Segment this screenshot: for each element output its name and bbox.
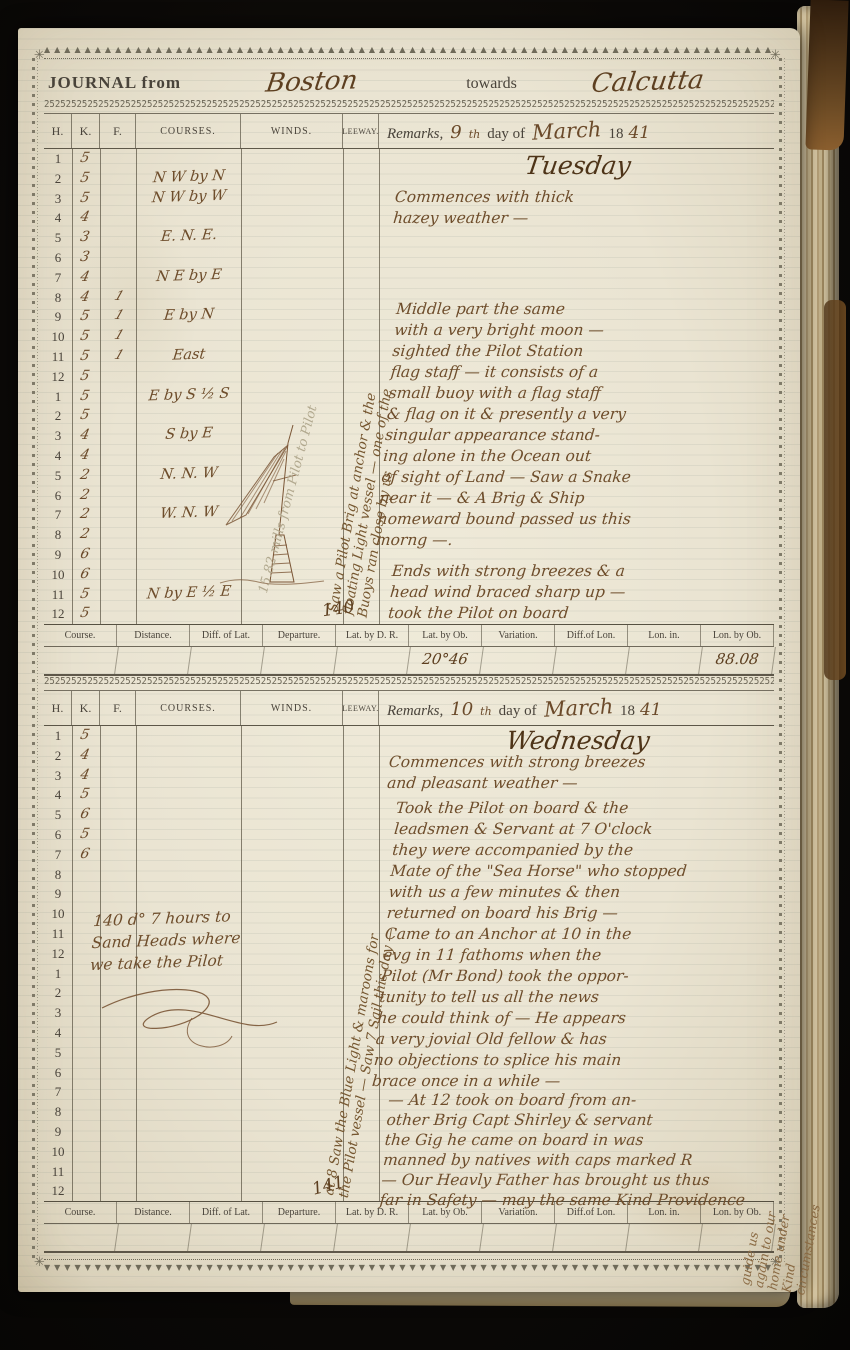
sand-heads-note: 140 d° 7 hours toSand Heads wherewe take… (89, 902, 329, 976)
handwritten-line: with a very bright moon — (393, 320, 787, 341)
col-header-hours: H. (44, 114, 72, 148)
summary-column-header: Diff.of Lon. (555, 625, 628, 646)
summary-value (553, 647, 630, 674)
summary-value (334, 1224, 411, 1251)
daily-summary-table: Course.Distance.Diff. of Lat.Departure.L… (44, 624, 774, 676)
col-header-leeway: LEEWAY. (343, 114, 379, 148)
log-knots-value: 5 (68, 727, 101, 743)
log-course-value: East (137, 345, 241, 365)
summary-value (42, 1224, 119, 1251)
log-hour-number: 4 (44, 1025, 72, 1041)
summary-column-header: Diff. of Lat. (190, 1202, 263, 1223)
handwritten-line: evg in 11 fathoms when the (382, 945, 776, 966)
handwritten-line: with us a few minutes & then (388, 882, 782, 903)
column-rule (136, 149, 137, 624)
handwritten-line: brace once in a while — (371, 1071, 765, 1092)
log-knots-value: 5 (68, 190, 101, 206)
summary-value (334, 647, 411, 674)
summary-column-header: Distance. (117, 625, 190, 646)
log-hour-number: 1 (44, 966, 72, 982)
year-hand-value: 41 (640, 700, 662, 720)
handwritten-line: flag staff — it consists of a (390, 362, 784, 383)
handwritten-line: manned by natives with caps marked R (382, 1150, 776, 1170)
handwritten-line: morng —. (375, 530, 769, 551)
log-hour-number: 9 (44, 1124, 72, 1140)
printed-log-sheet: ▲▲▲▲▲▲▲▲▲▲▲▲▲▲▲▲▲▲▲▲▲▲▲▲▲▲▲▲▲▲▲▲▲▲▲▲▲▲▲▲… (44, 42, 774, 1276)
log-knots-value: 4 (68, 269, 101, 285)
summary-column-header: Course. (44, 1202, 117, 1223)
pen-flourish-sketch (82, 978, 292, 1058)
log-hour-number: 7 (44, 1084, 72, 1100)
log-knots-value: 2 (68, 506, 101, 522)
handwritten-line: Mate of the "Sea Horse" who stopped (390, 861, 784, 882)
log-knots-value: 4 (68, 427, 101, 443)
log-knots-value: 5 (68, 308, 101, 324)
log-hour-number: 5 (44, 1045, 72, 1061)
handwritten-line: Took the Pilot on board & the (395, 798, 789, 819)
col-header-winds: WINDS. (241, 114, 343, 148)
handwritten-line: far in Safety — may the same Kind Provid… (379, 1190, 773, 1210)
log-knots-value: 6 (68, 806, 101, 822)
month-value: March (532, 117, 603, 145)
fringe-border-bottom-icon: ▼▼▼▼▼▼▼▼▼▼▼▼▼▼▼▼▼▼▼▼▼▼▼▼▼▼▼▼▼▼▼▼▼▼▼▼▼▼▼▼… (44, 1259, 774, 1276)
remarks-date-header: Remarks, 10th day of March 1841 (379, 696, 774, 720)
log-table-header: H. K. F. COURSES. WINDS. LEEWAY. Remarks… (44, 113, 774, 149)
handwritten-line: Middle part the same (395, 299, 789, 320)
summary-column-header: Departure. (263, 1202, 336, 1223)
book-cover-corner (805, 0, 848, 151)
remarks-date-header: Remarks, 9th day of March 1841 (379, 119, 774, 143)
log-knots-value: 2 (68, 487, 101, 503)
torn-page-edge (290, 1290, 790, 1307)
handwritten-line: ing alone in the Ocean out (382, 446, 776, 467)
handwritten-line: homeward bound passed us this (377, 509, 771, 530)
col-header-winds: WINDS. (241, 691, 343, 725)
col-header-hours: H. (44, 691, 72, 725)
day-of-label: day of (499, 703, 537, 720)
log-fathoms-value: 1 (99, 289, 138, 304)
col-header-leeway: LEEWAY. (343, 691, 379, 725)
ornamental-border-right (779, 58, 786, 1262)
summary-value (626, 647, 703, 674)
log-course-value: N W by W (137, 187, 241, 207)
remarks-paragraph-2: Took the Pilot on board & theleadsmen & … (371, 798, 789, 1092)
summary-column-header: Lat. by Ob. (409, 625, 482, 646)
destination-port-value: Calcutta (522, 63, 773, 104)
handwritten-line: of sight of Land — Saw a Snake (380, 467, 774, 488)
summary-header-row: Course.Distance.Diff. of Lat.Departure.L… (44, 625, 774, 647)
log-fathoms-value: 1 (99, 348, 138, 363)
log-fathoms-value: 1 (99, 308, 138, 323)
summary-column-header: Course. (44, 625, 117, 646)
log-hour-number: 11 (44, 926, 72, 942)
handwritten-line: — Our Heavly Father has brought us thus (381, 1170, 775, 1190)
handwritten-line: near it — & A Brig & Ship (379, 488, 773, 509)
summary-value: 88.08 (699, 647, 776, 674)
summary-value (699, 1224, 776, 1251)
handwritten-line: a very jovial Old fellow & has (375, 1029, 769, 1050)
log-table-march-9: H. K. F. COURSES. WINDS. LEEWAY. Remarks… (44, 113, 774, 676)
log-hour-number: 8 (44, 867, 72, 883)
year-printed-label: 18 (608, 126, 623, 143)
day-number-value: 10 (450, 699, 473, 720)
handwritten-line: small buoy with a flag staff (388, 383, 782, 404)
log-hour-number: 6 (44, 1065, 72, 1081)
distance-run-total: 140 (321, 597, 356, 621)
log-course-value: E. N. E. (137, 226, 241, 246)
day-of-label: day of (487, 126, 525, 143)
summary-value (42, 647, 119, 674)
weekday-text: Wednesday (380, 726, 776, 755)
col-header-fathoms: F. (100, 114, 136, 148)
col-header-knots: K. (72, 114, 100, 148)
log-hour-number: 10 (44, 1144, 72, 1160)
summary-value (115, 1224, 192, 1251)
handwritten-line: and pleasant weather — (386, 773, 780, 794)
handwritten-line: the Gig he came on board in was (384, 1130, 778, 1150)
handwritten-line: — At 12 took on board from an- (387, 1090, 781, 1110)
log-hour-number: 9 (44, 886, 72, 902)
remarks-paragraph-3: — At 12 took on board from an-other Brig… (379, 1090, 781, 1210)
log-hour-number: 2 (44, 985, 72, 1001)
summary-value (188, 1224, 265, 1251)
summary-value (553, 1224, 630, 1251)
journal-from-label: JOURNAL from (48, 73, 181, 99)
log-knots-value: 4 (68, 289, 101, 305)
handwritten-line: Ends with strong breezes & a (391, 561, 785, 582)
log-table-march-10: H. K. F. COURSES. WINDS. LEEWAY. Remarks… (44, 690, 774, 1253)
log-table-body: 140 d° 7 hours toSand Heads wherewe take… (44, 726, 774, 1201)
log-knots-value: 5 (68, 407, 101, 423)
log-knots-value: 4 (68, 767, 101, 783)
handwritten-line: Commences with thick (394, 187, 788, 208)
weekday-text: Tuesday (380, 151, 776, 180)
remarks-paragraph-1: Commences with strong breezesand pleasan… (386, 752, 782, 794)
summary-value (480, 1224, 557, 1251)
col-header-courses: COURSES. (136, 691, 241, 725)
handwritten-line: hazey weather — (392, 208, 786, 229)
day-number-value: 9 (450, 122, 461, 143)
summary-column-header: Variation. (482, 625, 555, 646)
journal-title-row: JOURNAL from Boston towards Calcutta (44, 59, 774, 99)
weekday-heading: Wednesday (382, 726, 774, 755)
col-header-fathoms: F. (100, 691, 136, 725)
summary-value-row: 20°4688.08 (44, 647, 774, 676)
log-knots-value: 5 (68, 150, 101, 166)
log-knots-value: 5 (68, 170, 101, 186)
log-knots-value: 4 (68, 747, 101, 763)
log-course-value: N E by E (137, 266, 241, 286)
log-knots-value: 5 (68, 786, 101, 802)
year-hand-value: 41 (628, 123, 650, 143)
handwritten-line: returned on board his Brig — (386, 903, 780, 924)
remarks-label: Remarks, (387, 703, 443, 720)
log-knots-value: 4 (68, 209, 101, 225)
col-header-knots: K. (72, 691, 100, 725)
summary-value (188, 647, 265, 674)
summary-value: 20°46 (407, 647, 484, 674)
handwritten-line: & flag on it & presently a very (386, 404, 780, 425)
year-printed-label: 18 (620, 703, 635, 720)
departure-port-value: Boston (186, 63, 437, 104)
log-hour-number: 3 (44, 1005, 72, 1021)
log-hour-number: 8 (44, 1104, 72, 1120)
summary-value (480, 647, 557, 674)
summary-value-row (44, 1224, 774, 1253)
log-course-value: N W by N (137, 167, 241, 187)
log-hour-number: 12 (44, 946, 72, 962)
log-table-header: H. K. F. COURSES. WINDS. LEEWAY. Remarks… (44, 690, 774, 726)
summary-column-header: Lon. by Ob. (701, 625, 774, 646)
handwritten-line: Came to an Anchor at 10 in the (384, 924, 778, 945)
day-ordinal-value: th (469, 128, 481, 141)
log-knots-value: 5 (68, 328, 101, 344)
col-header-courses: COURSES. (136, 114, 241, 148)
log-knots-value: 5 (68, 826, 101, 842)
towards-label: towards (466, 75, 517, 99)
journal-page: ✳ ✳ ✳ ✳ ▲▲▲▲▲▲▲▲▲▲▲▲▲▲▲▲▲▲▲▲▲▲▲▲▲▲▲▲▲▲▲▲… (18, 28, 800, 1292)
log-knots-value: 5 (68, 586, 101, 602)
log-course-value: E by S ½ S (137, 385, 241, 405)
log-knots-value: 5 (68, 388, 101, 404)
handwritten-line: took the Pilot on board (387, 603, 781, 624)
summary-column-header: Lon. in. (628, 625, 701, 646)
remarks-paragraph-3: Ends with strong breezes & ahead wind br… (387, 561, 785, 624)
handwritten-line: no objections to splice his main (373, 1050, 767, 1071)
log-knots-value: 6 (68, 546, 101, 562)
handwritten-line: singular appearance stand- (384, 425, 778, 446)
summary-column-header: Lat. by D. R. (336, 625, 409, 646)
summary-value (407, 1224, 484, 1251)
handwritten-line: other Brig Capt Shirley & servant (386, 1110, 780, 1130)
log-knots-value: 3 (68, 229, 101, 245)
summary-value (261, 647, 338, 674)
handwritten-line: they were accompanied by the (391, 840, 785, 861)
remarks-label: Remarks, (387, 126, 443, 143)
summary-column-header: Diff. of Lat. (190, 625, 263, 646)
handwritten-line: head wind braced sharp up — (389, 582, 783, 603)
handwritten-line: sighted the Pilot Station (392, 341, 786, 362)
summary-value (626, 1224, 703, 1251)
greek-key-divider: 2525252525252525252525252525252525252525… (44, 99, 774, 114)
log-table-body: 15.82 mills from Pilot to Pilot Saw a Pi… (44, 149, 774, 624)
log-hour-number: 11 (44, 1164, 72, 1180)
day-ordinal-value: th (480, 705, 492, 718)
log-knots-value: 2 (68, 467, 101, 483)
log-hour-number: 10 (44, 906, 72, 922)
log-knots-value: 5 (68, 368, 101, 384)
handwritten-line: Commences with strong breezes (388, 752, 782, 773)
log-hour-number: 12 (44, 1183, 72, 1199)
log-knots-value: 2 (68, 526, 101, 542)
log-knots-value: 5 (68, 348, 101, 364)
remarks-paragraph-2: Middle part the samewith a very bright m… (375, 299, 789, 551)
handwritten-line: he could think of — He appears (377, 1008, 771, 1029)
log-knots-value: 3 (68, 249, 101, 265)
log-fathoms-value: 1 (99, 328, 138, 343)
book-spine-glimpse (824, 300, 846, 680)
greek-key-divider: 2525252525252525252525252525252525252525… (44, 676, 774, 691)
summary-column-header: Departure. (263, 625, 336, 646)
remarks-paragraph-1: Commences with thickhazey weather — (392, 187, 788, 229)
summary-column-header: Distance. (117, 1202, 190, 1223)
summary-value (115, 647, 192, 674)
weekday-heading: Tuesday (382, 151, 774, 180)
journal-page-scan: { "ornament": { "greek_key": "25", "frin… (0, 0, 850, 1350)
log-course-value: E by N (137, 306, 241, 326)
handwritten-line: tunity to tell us all the news (378, 987, 772, 1008)
log-knots-value: 5 (68, 605, 101, 621)
handwritten-line: leadsmen & Servant at 7 O'clock (393, 819, 787, 840)
log-knots-value: 4 (68, 447, 101, 463)
fringe-border-top-icon: ▲▲▲▲▲▲▲▲▲▲▲▲▲▲▲▲▲▲▲▲▲▲▲▲▲▲▲▲▲▲▲▲▲▲▲▲▲▲▲▲… (44, 42, 774, 59)
summary-value (261, 1224, 338, 1251)
log-course-value: N by E ½ E (137, 583, 241, 603)
handwritten-line: Pilot (Mr Bond) took the oppor- (380, 966, 774, 987)
month-value: March (543, 694, 614, 722)
ornamental-border-left (32, 58, 39, 1262)
log-course-value: N. N. W (137, 464, 241, 484)
log-knots-value: 6 (68, 846, 101, 862)
log-knots-value: 6 (68, 566, 101, 582)
